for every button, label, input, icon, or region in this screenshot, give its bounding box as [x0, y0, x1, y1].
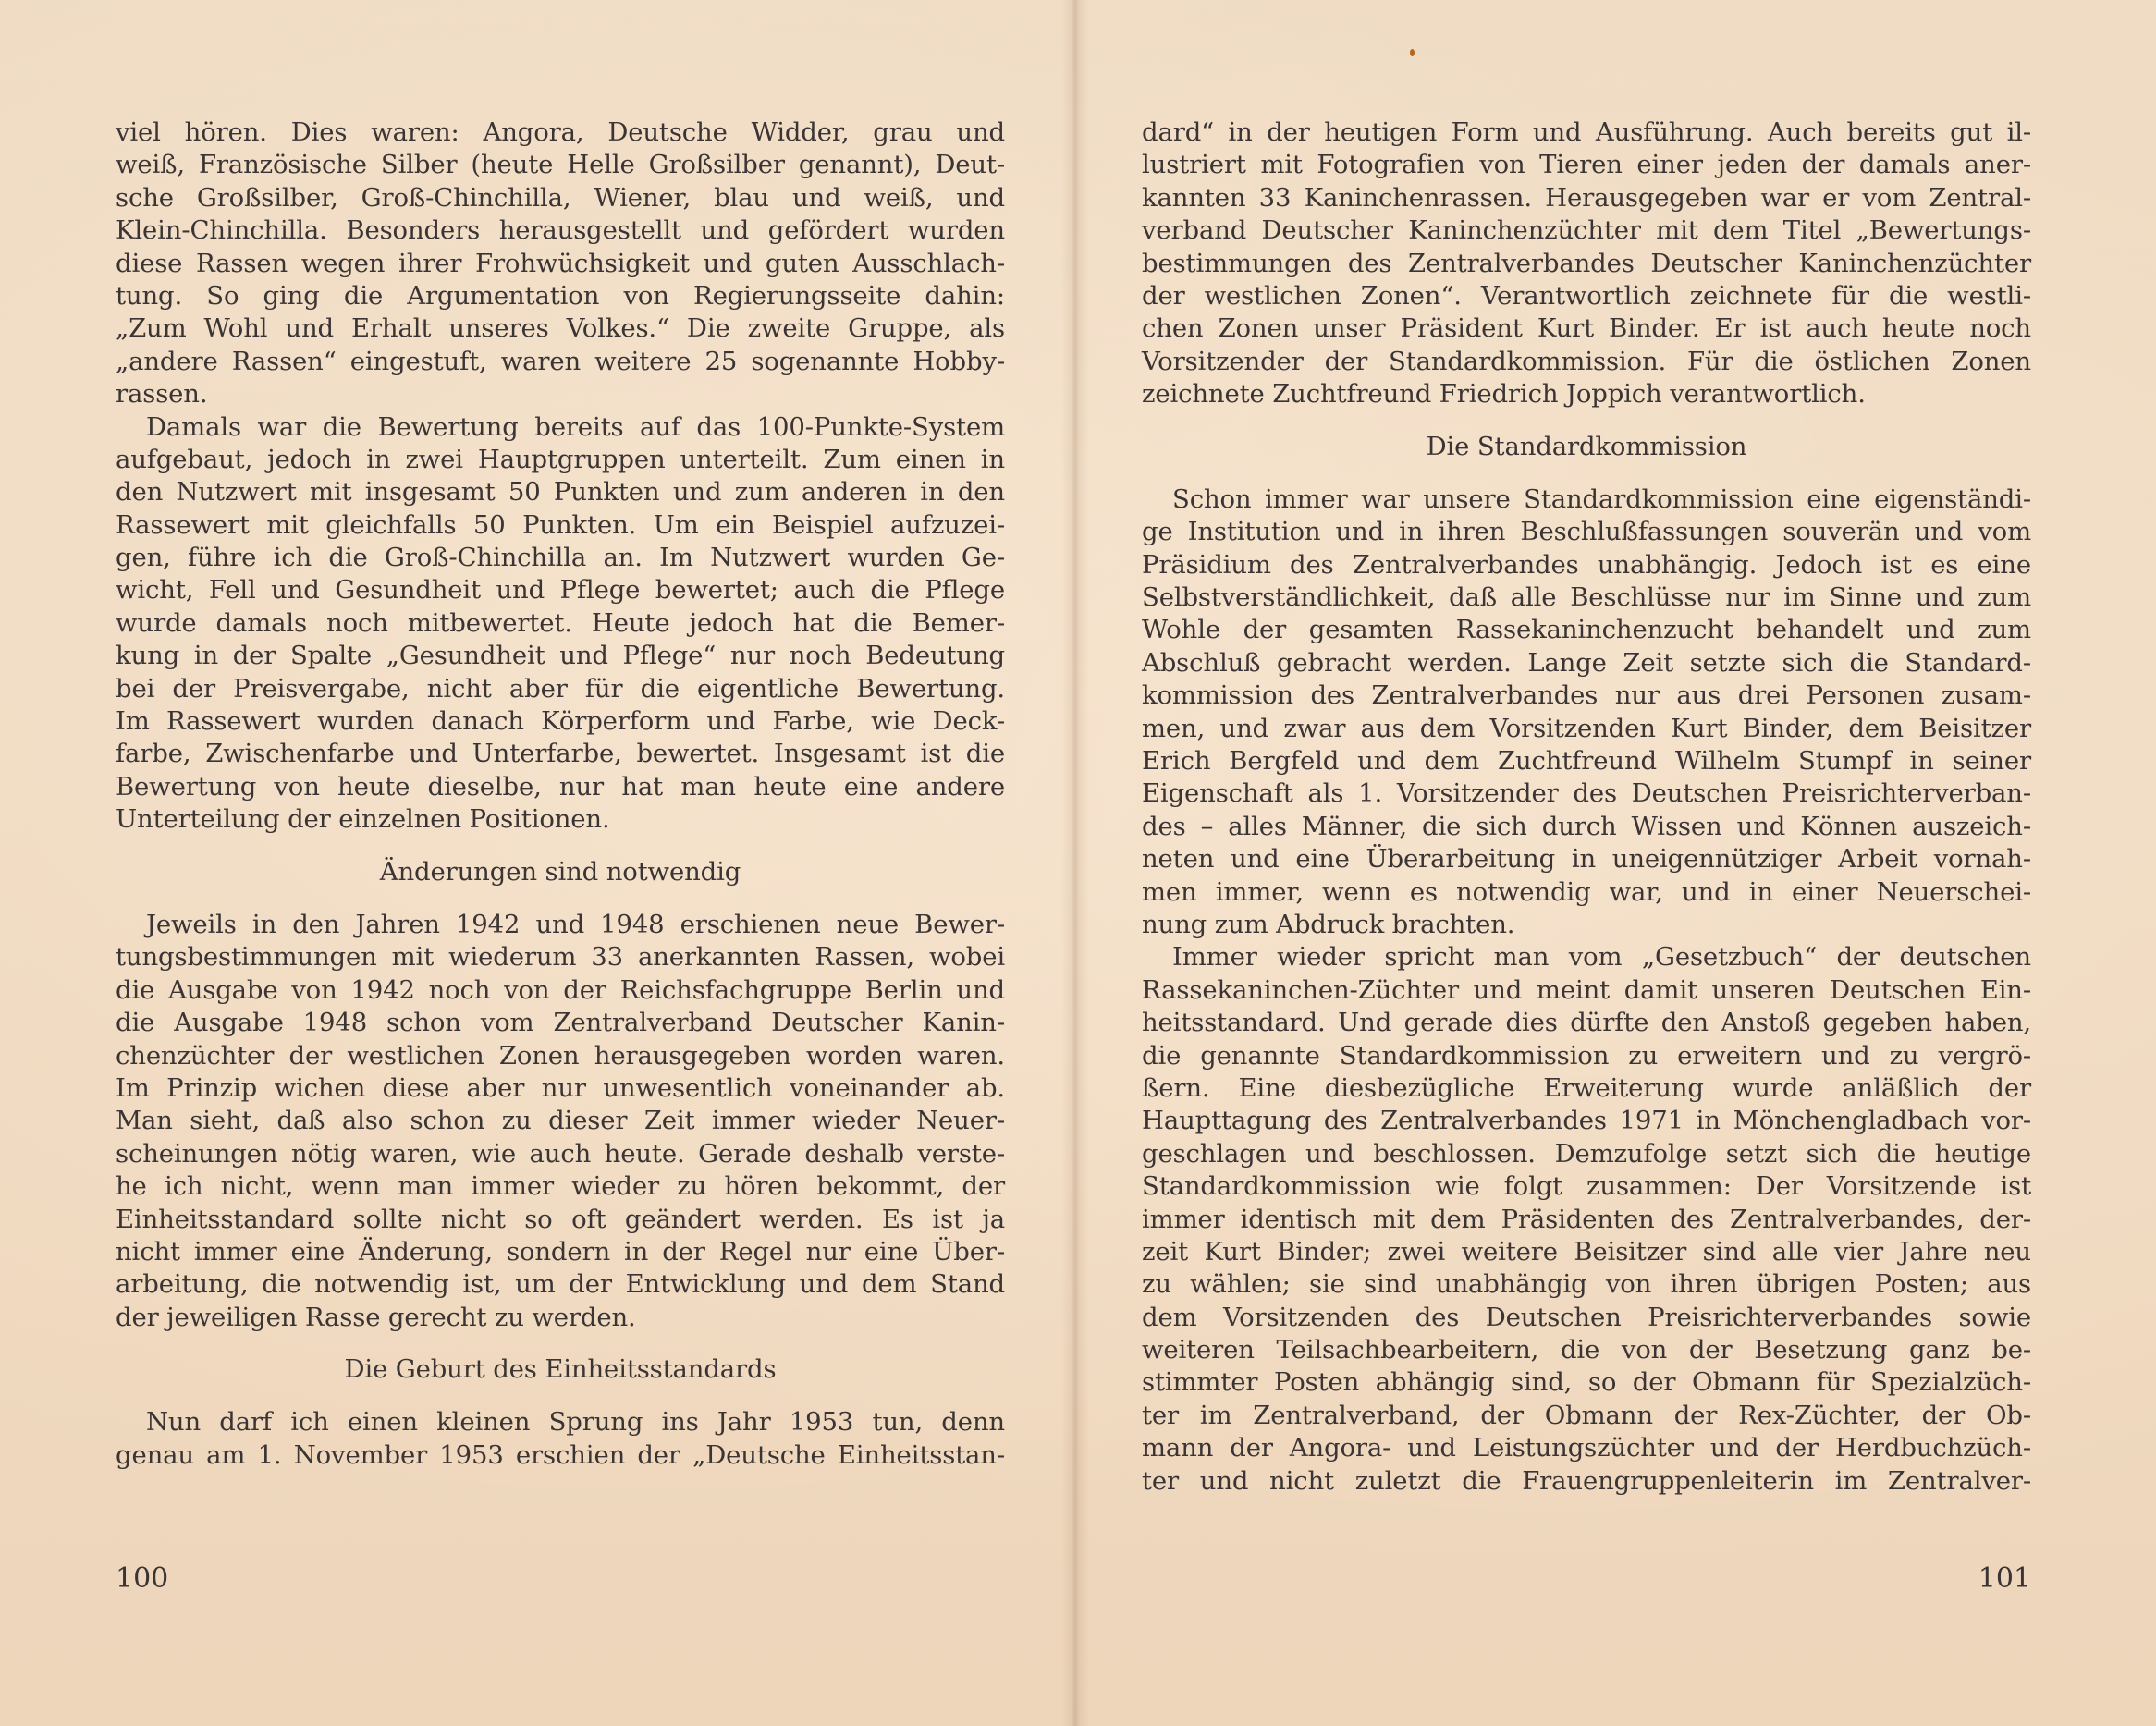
text-line: Vorsitzender der Standardkommission. Für…: [1142, 346, 2031, 378]
section-heading: Die Standardkommission: [1142, 431, 2031, 463]
text-line: der jeweiligen Rasse gerecht zu werden.: [116, 1302, 1005, 1334]
text-line: kannten 33 Kaninchenrassen. Herausgegebe…: [1142, 182, 2031, 214]
text-line: Im Prinzip wichen diese aber nur unwesen…: [116, 1072, 1005, 1105]
text-line: des – alles Männer, die sich durch Wisse…: [1142, 811, 2031, 843]
text-line: aufgebaut, jedoch in zwei Hauptgruppen u…: [116, 444, 1005, 476]
text-line: verband Deutscher Kaninchenzüchter mit d…: [1142, 214, 2031, 247]
paragraph: Schon immer war unsere Standardkommissio…: [1142, 484, 2031, 941]
text-line: chen Zonen unser Präsident Kurt Binder. …: [1142, 312, 2031, 345]
text-line: scheinungen nötig waren, wie auch heute.…: [116, 1138, 1005, 1170]
text-line: Damals war die Bewertung bereits auf das…: [116, 411, 1005, 444]
paper-stain-mark: [1410, 49, 1415, 56]
page-number-right: 101: [1974, 1562, 2031, 1596]
text-line: den Nutzwert mit insgesamt 50 Punkten un…: [116, 476, 1005, 508]
text-line: ge Institution und in ihren Beschlußfass…: [1142, 516, 2031, 548]
text-line: nicht immer eine Änderung, sondern in de…: [116, 1236, 1005, 1268]
text-line: „andere Rassen“ eingestuft, waren weiter…: [116, 346, 1005, 378]
text-line: Präsidium des Zentralverbandes unabhängi…: [1142, 549, 2031, 581]
text-line: mann der Angora- und Leistungszüchter un…: [1142, 1432, 2031, 1464]
left-page: viel hören. Dies waren: Angora, Deutsche…: [0, 0, 1074, 1726]
text-line: sche Großsilber, Groß-Chinchilla, Wiener…: [116, 182, 1005, 214]
text-line: diese Rassen wegen ihrer Frohwüchsigkeit…: [116, 248, 1005, 280]
text-line: heitsstandard. Und gerade dies dürfte de…: [1142, 1007, 2031, 1039]
text-line: wicht, Fell und Gesundheit und Pflege be…: [116, 574, 1005, 606]
text-line: zu wählen; sie sind unabhängig von ihren…: [1142, 1268, 2031, 1301]
text-line: Wohle der gesamten Rassekaninchenzucht b…: [1142, 614, 2031, 646]
text-line: Standardkommission wie folgt zusammen: D…: [1142, 1170, 2031, 1203]
page-number-left: 100: [116, 1562, 168, 1596]
text-line: Nun darf ich einen kleinen Sprung ins Ja…: [116, 1406, 1005, 1438]
paragraph: viel hören. Dies waren: Angora, Deutsche…: [116, 116, 1005, 411]
section-heading: Änderungen sind notwendig: [116, 856, 1005, 888]
left-text-column: viel hören. Dies waren: Angora, Deutsche…: [116, 116, 1005, 1472]
text-line: Schon immer war unsere Standardkommissio…: [1142, 484, 2031, 516]
text-line: Man sieht, daß also schon zu dieser Zeit…: [116, 1105, 1005, 1137]
text-line: wurde damals noch mitbewertet. Heute jed…: [116, 607, 1005, 640]
text-line: chenzüchter der westlichen Zonen herausg…: [116, 1040, 1005, 1072]
text-line: Im Rassewert wurden danach Körperform un…: [116, 705, 1005, 738]
text-line: nung zum Abdruck brachten.: [1142, 909, 2031, 941]
text-line: genau am 1. November 1953 erschien der „…: [116, 1439, 1005, 1472]
text-line: dard“ in der heutigen Form und Ausführun…: [1142, 116, 2031, 149]
text-line: tung. So ging die Argumentation von Regi…: [116, 280, 1005, 312]
text-line: die genannte Standardkommission zu erwei…: [1142, 1040, 2031, 1072]
text-line: he ich nicht, wenn man immer wieder zu h…: [116, 1170, 1005, 1203]
text-line: kommission des Zentralverbandes nur aus …: [1142, 679, 2031, 712]
text-line: dem Vorsitzenden des Deutschen Preisrich…: [1142, 1302, 2031, 1334]
text-line: Eigenschaft als 1. Vorsitzender des Deut…: [1142, 777, 2031, 810]
text-line: zeit Kurt Binder; zwei weitere Beisitzer…: [1142, 1236, 2031, 1268]
text-line: farbe, Zwischenfarbe und Unterfarbe, bew…: [116, 738, 1005, 770]
text-line: weiteren Teilsachbearbeitern, die von de…: [1142, 1334, 2031, 1366]
text-line: Bewertung von heute dieselbe, nur hat ma…: [116, 771, 1005, 803]
paragraph: Damals war die Bewertung bereits auf das…: [116, 411, 1005, 837]
text-line: „Zum Wohl und Erhalt unseres Volkes.“ Di…: [116, 312, 1005, 345]
text-line: ter im Zentralverband, der Obmann der Re…: [1142, 1400, 2031, 1432]
text-line: Abschluß gebracht werden. Lange Zeit set…: [1142, 647, 2031, 679]
text-line: ßern. Eine diesbezügliche Erweiterung wu…: [1142, 1072, 2031, 1105]
text-line: Immer wieder spricht man vom „Gesetzbuch…: [1142, 941, 2031, 973]
paragraph: dard“ in der heutigen Form und Ausführun…: [1142, 116, 2031, 411]
book-spread: viel hören. Dies waren: Angora, Deutsche…: [0, 0, 2156, 1726]
text-line: kung in der Spalte „Gesundheit und Pfleg…: [116, 640, 1005, 672]
text-line: Rassewert mit gleichfalls 50 Punkten. Um…: [116, 509, 1005, 542]
text-line: men, und zwar aus dem Vorsitzenden Kurt …: [1142, 713, 2031, 745]
text-line: tungsbestimmungen mit wiederum 33 anerka…: [116, 941, 1005, 973]
text-line: der westlichen Zonen“. Verantwortlich ze…: [1142, 280, 2031, 312]
text-line: bestimmungen des Zentralverbandes Deutsc…: [1142, 248, 2031, 280]
text-line: immer identisch mit dem Präsidenten des …: [1142, 1204, 2031, 1236]
text-line: neten und eine Überarbeitung in uneigenn…: [1142, 843, 2031, 875]
text-line: zeichnete Zuchtfreund Friedrich Joppich …: [1142, 378, 2031, 410]
paragraph: Nun darf ich einen kleinen Sprung ins Ja…: [116, 1406, 1005, 1472]
right-page: dard“ in der heutigen Form und Ausführun…: [1074, 0, 2156, 1726]
text-line: rassen.: [116, 378, 1005, 410]
text-line: geschlagen und beschlossen. Demzufolge s…: [1142, 1138, 2031, 1170]
text-line: Klein-Chinchilla. Besonders herausgestel…: [116, 214, 1005, 247]
text-line: Jeweils in den Jahren 1942 und 1948 ersc…: [116, 909, 1005, 941]
text-line: Rassekaninchen-Züchter und meint damit u…: [1142, 974, 2031, 1007]
text-line: gen, führe ich die Groß-Chinchilla an. I…: [116, 542, 1005, 574]
text-line: ter und nicht zuletzt die Frauengruppenl…: [1142, 1465, 2031, 1498]
text-line: Einheitsstandard sollte nicht so oft geä…: [116, 1204, 1005, 1236]
right-text-column: dard“ in der heutigen Form und Ausführun…: [1142, 116, 2031, 1498]
text-line: viel hören. Dies waren: Angora, Deutsche…: [116, 116, 1005, 149]
text-line: stimmter Posten abhängig sind, so der Ob…: [1142, 1366, 2031, 1399]
text-line: men immer, wenn es notwendig war, und in…: [1142, 876, 2031, 909]
text-line: Selbstverständlichkeit, daß alle Beschlü…: [1142, 581, 2031, 614]
text-line: Erich Bergfeld und dem Zuchtfreund Wilhe…: [1142, 745, 2031, 777]
paragraph: Immer wieder spricht man vom „Gesetzbuch…: [1142, 941, 2031, 1498]
section-heading: Die Geburt des Einheitsstandards: [116, 1353, 1005, 1386]
text-line: Haupttagung des Zentralverbandes 1971 in…: [1142, 1105, 2031, 1137]
text-line: bei der Preisvergabe, nicht aber für die…: [116, 673, 1005, 705]
text-line: weiß, Französische Silber (heute Helle G…: [116, 149, 1005, 181]
text-line: arbeitung, die notwendig ist, um der Ent…: [116, 1268, 1005, 1301]
text-line: Unterteilung der einzelnen Positionen.: [116, 803, 1005, 836]
text-line: die Ausgabe 1948 schon vom Zentralverban…: [116, 1007, 1005, 1039]
paragraph: Jeweils in den Jahren 1942 und 1948 ersc…: [116, 909, 1005, 1334]
text-line: lustriert mit Fotografien von Tieren ein…: [1142, 149, 2031, 181]
text-line: die Ausgabe von 1942 noch von der Reichs…: [116, 974, 1005, 1007]
